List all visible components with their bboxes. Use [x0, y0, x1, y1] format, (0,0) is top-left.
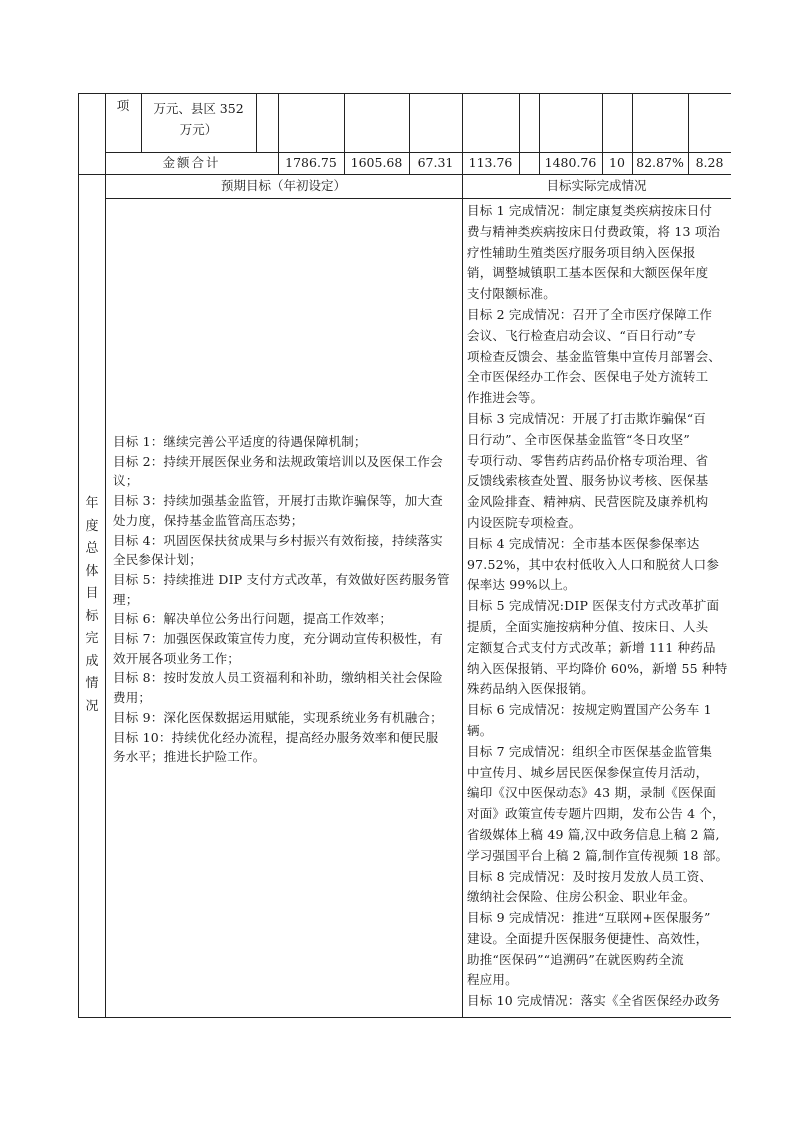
col-line-side [105, 93, 106, 1018]
expected-line: 务水平；推进长护险工作。 [113, 747, 459, 767]
actual-line: 中宣传月、城乡居民医保参保宣传月活动， [467, 763, 731, 784]
actual-line: 缴纳社会保险、住房公积金、职业年金。 [467, 887, 731, 908]
actual-line: 全市医保经办工作会、医保电子处方流转工 [467, 367, 731, 388]
expected-line: 全民参保计划； [113, 550, 459, 570]
sum-value-9: 8.28 [688, 155, 731, 171]
sum-value-2: 1605.68 [344, 155, 409, 171]
actual-line: 目标 4 完成情况：全市基本医保参保率达 [467, 534, 731, 555]
actual-line: 程应用。 [467, 970, 731, 991]
actual-line: 对面》政策宣传专题片四期，发布公告 4 个， [467, 804, 731, 825]
actual-line: 编印《汉中医保动态》43 期，录制《医保面 [467, 783, 731, 804]
cell-type: 项 [105, 98, 141, 114]
side-char: 况 [79, 696, 105, 719]
actual-line: 专项行动、零售药店药品价格专项治理、省 [467, 451, 731, 472]
sum-value-7: 10 [602, 155, 632, 171]
side-char: 情 [79, 673, 105, 696]
actual-line: 提质，全面实施按病种分值、按床日、人头 [467, 617, 731, 638]
expected-line: 目标 5：持续推进 DIP 支付方式改革，有效做好医药服务管 [113, 570, 459, 590]
actual-line: 目标 9 完成情况：推进“互联网+医保服务” [467, 908, 731, 929]
actual-line: 辆。 [467, 721, 731, 742]
expected-line: 目标 3：持续加强基金监管，开展打击欺诈骗保等，加大查 [113, 491, 459, 511]
sum-row-label: 金额合计 [105, 155, 278, 171]
actual-line: 建设。全面提升医保服务便捷性、高效性， [467, 929, 731, 950]
actual-line: 目标 1 完成情况：制定康复类疾病按床日付 [467, 201, 731, 222]
actual-line: 学习强国平台上稿 2 篇,制作宣传视频 18 部。 [467, 846, 731, 867]
row-line-sum-bottom [78, 174, 731, 175]
actual-line: 销，调整城镇职工基本医保和大额医保年度 [467, 263, 731, 284]
actual-line: 日行动”、全市医保基金监管“冬日攻坚” [467, 430, 731, 451]
expected-line: 目标 1：继续完善公平适度的待遇保障机制； [113, 432, 459, 452]
side-char: 目 [79, 583, 105, 606]
actual-line: 殊药品纳入医保报销。 [467, 679, 731, 700]
expected-goals-header: 预期目标（年初设定） [105, 178, 462, 194]
actual-line: 目标 2 完成情况：召开了全市医疗保障工作 [467, 305, 731, 326]
expected-line: 目标 2：持续开展医保业务和法规政策培训以及医保工作会 [113, 452, 459, 472]
expected-line: 理； [113, 590, 459, 610]
actual-line: 反馈线索核查处置、服务协议考核、医保基 [467, 471, 731, 492]
expected-line: 目标 8：按时发放人员工资福利和补助，缴纳相关社会保险 [113, 668, 459, 688]
expected-line: 目标 10：持续优化经办流程，提高经办服务效率和便民服 [113, 728, 459, 748]
expected-line: 费用； [113, 688, 459, 708]
actual-completion-header: 目标实际完成情况 [462, 178, 731, 194]
expected-line: 目标 7：加强医保政策宣传力度，充分调动宣传积极性，有 [113, 629, 459, 649]
actual-line: 97.52%，其中农村低收入人口和脱贫人口参 [467, 555, 731, 576]
side-char: 总 [79, 538, 105, 561]
side-char: 完 [79, 628, 105, 651]
actual-line: 目标 6 完成情况：按规定购置国产公务车 1 [467, 700, 731, 721]
actual-line: 费与精神类疾病按床日付费政策，将 13 项治 [467, 222, 731, 243]
expected-line: 处力度，保持基金监管高压态势； [113, 511, 459, 531]
col-line-goals-mid [462, 93, 463, 1018]
actual-line: 疗性辅助生殖类医疗服务项目纳入医保报 [467, 243, 731, 264]
description-line-1: 万元、县区 352 [141, 98, 256, 119]
annual-goal-completion-label: 年 度 总 体 目 标 完 成 情 况 [79, 493, 105, 718]
description-line-2: 万元） [141, 119, 256, 140]
row-line-sum-top [105, 152, 731, 153]
expected-line: 效开展各项业务工作； [113, 649, 459, 669]
expected-line: 目标 4：巩固医保扶贫成果与乡村振兴有效衔接，持续落实 [113, 531, 459, 551]
expected-line: 目标 6：解决单位公务出行问题，提高工作效率； [113, 609, 459, 629]
actual-line: 目标 3 完成情况：开展了打击欺诈骗保“百 [467, 409, 731, 430]
expected-line: 议； [113, 471, 459, 491]
side-char: 体 [79, 561, 105, 584]
actual-line: 支付限额标准。 [467, 284, 731, 305]
actual-line: 作推进会等。 [467, 388, 731, 409]
actual-completion-text: 目标 1 完成情况：制定康复类疾病按床日付 费与精神类疾病按床日付费政策，将 1… [467, 201, 731, 1012]
row-line-header-bottom [105, 198, 731, 199]
actual-line: 助推“医保码”“追溯码”在就医购药全流 [467, 950, 731, 971]
side-char: 年 [79, 493, 105, 516]
expected-line: 目标 9：深化医保数据运用赋能，实现系统业务有机融合； [113, 708, 459, 728]
side-char: 成 [79, 651, 105, 674]
actual-line: 目标 10 完成情况：落实《全省医保经办政务 [467, 991, 731, 1012]
row-line-top [78, 93, 731, 94]
actual-line: 内设医院专项检查。 [467, 513, 731, 534]
actual-line: 纳入医保报销、平均降价 60%，新增 55 种特 [467, 659, 731, 680]
actual-line: 保率达 99%以上。 [467, 575, 731, 596]
col-line-2 [256, 93, 257, 152]
sum-value-6: 1480.76 [539, 155, 602, 171]
row-line-bottom [78, 1017, 731, 1018]
cell-description: 万元、县区 352 万元） [141, 98, 256, 140]
actual-line: 定额复合式支付方式改革；新增 111 种药品 [467, 638, 731, 659]
actual-line: 目标 5 完成情况:DIP 医保支付方式改革扩面 [467, 596, 731, 617]
sum-value-4: 113.76 [462, 155, 519, 171]
actual-line: 省级媒体上稿 49 篇,汉中政务信息上稿 2 篇, [467, 825, 731, 846]
side-char: 度 [79, 516, 105, 539]
actual-line: 项检查反馈会、基金监管集中宣传月部署会、 [467, 347, 731, 368]
sum-value-3: 67.31 [409, 155, 462, 171]
actual-line: 目标 7 完成情况：组织全市医保基金监管集 [467, 742, 731, 763]
sum-value-8: 82.87% [632, 155, 688, 171]
side-char: 标 [79, 606, 105, 629]
col-line-6 [519, 93, 520, 174]
actual-line: 金风险排查、精神病、民营医院及康养机构 [467, 492, 731, 513]
actual-line: 会议、飞行检查启动会议、“百日行动”专 [467, 326, 731, 347]
expected-goals-text: 目标 1：继续完善公平适度的待遇保障机制； 目标 2：持续开展医保业务和法规政策… [113, 432, 459, 767]
actual-line: 目标 8 完成情况：及时按月发放人员工资、 [467, 867, 731, 888]
sum-value-1: 1786.75 [278, 155, 344, 171]
